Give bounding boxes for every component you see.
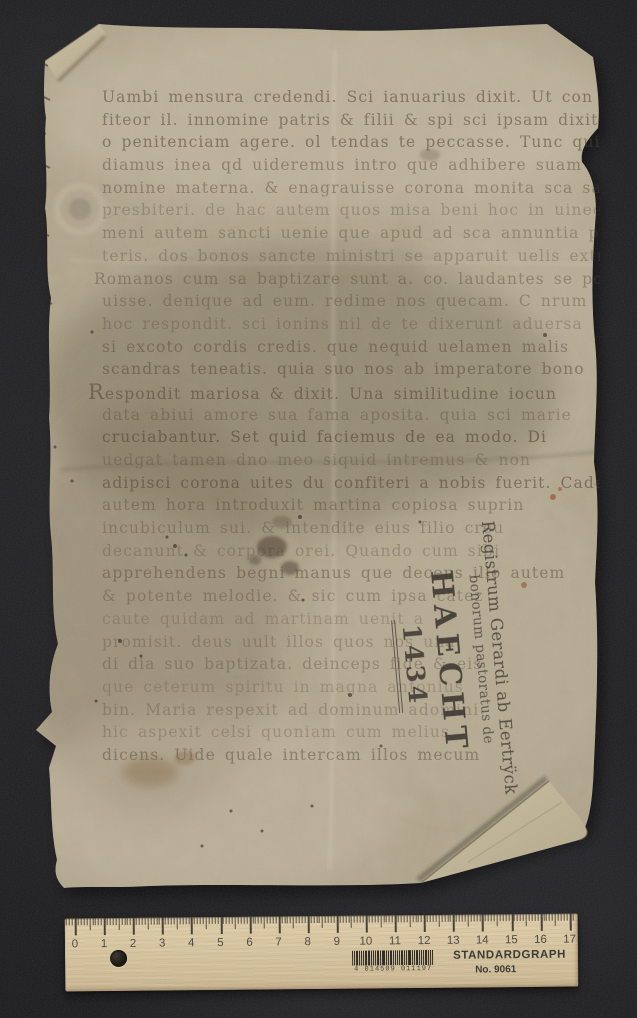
manuscript-line: uedgat tamen dno meo siquid intremus & n… bbox=[88, 449, 600, 472]
ruler-tick bbox=[130, 918, 131, 925]
barcode bbox=[352, 950, 434, 966]
ruler-tick bbox=[293, 916, 294, 928]
ruler-tick bbox=[174, 917, 175, 924]
ruler-tick bbox=[188, 917, 189, 924]
ruler-tick bbox=[479, 914, 480, 921]
ruler-tick bbox=[459, 915, 460, 922]
ruler-tick bbox=[287, 916, 288, 923]
stamp-year: 1434 bbox=[391, 617, 433, 713]
manuscript-line: Romanos cum sa baptizare sunt a. co. lau… bbox=[88, 268, 600, 291]
barcode-bar bbox=[363, 951, 364, 966]
ruler-tick bbox=[220, 917, 222, 934]
ruler-tick bbox=[252, 917, 253, 924]
ruler-number: 10 bbox=[359, 936, 372, 948]
barcode-bar bbox=[359, 951, 360, 966]
barcode-bar bbox=[393, 950, 394, 965]
manuscript-line: caute quidam ad martinam uenit a bbox=[88, 608, 600, 631]
ruler-tick bbox=[302, 916, 303, 923]
manuscript-line: decanunt & corpora orei. Quando cum sibi bbox=[88, 540, 600, 563]
barcode-bar bbox=[382, 950, 385, 965]
ruler-tick bbox=[383, 915, 384, 922]
barcode-bar bbox=[395, 950, 396, 965]
ruler-tick bbox=[566, 914, 567, 921]
barcode-bar bbox=[421, 950, 422, 965]
ruler-tick bbox=[171, 917, 172, 924]
ruler-tick bbox=[238, 917, 239, 924]
barcode-bar bbox=[354, 951, 355, 966]
ruler-tick bbox=[444, 915, 445, 922]
ruler-tick bbox=[264, 917, 265, 929]
ruler-number: 14 bbox=[476, 934, 489, 946]
ruler-number: 7 bbox=[275, 936, 282, 948]
ruler-tick bbox=[543, 914, 544, 921]
ruler-tick bbox=[433, 915, 434, 922]
ruler-tick bbox=[80, 918, 81, 925]
barcode-bar bbox=[386, 950, 387, 965]
ruler-tick bbox=[319, 916, 320, 923]
ruler-tick bbox=[89, 918, 90, 930]
ruler-tick bbox=[83, 918, 84, 925]
ruler-tick bbox=[500, 914, 501, 921]
ruler-tick bbox=[441, 915, 442, 922]
barcode-digits: 4 014509 011197 bbox=[347, 965, 439, 974]
barcode-bar bbox=[388, 950, 389, 965]
ruler-number: 16 bbox=[534, 934, 547, 946]
barcode-bar bbox=[401, 950, 403, 965]
ruler-tick bbox=[75, 918, 77, 935]
ruler-tick bbox=[223, 917, 224, 924]
ruler-tick bbox=[112, 918, 113, 925]
ruler-tick bbox=[453, 915, 455, 932]
ruler-tick bbox=[380, 915, 381, 927]
photo-stage: Uambi mensura credendi. Sci ianuarius di… bbox=[0, 0, 637, 1018]
ruler-tick bbox=[415, 915, 416, 922]
manuscript-line: que ceterum spiritu in magna antonius bbox=[88, 676, 600, 699]
ruler-tick bbox=[316, 916, 317, 923]
ruler-tick bbox=[546, 914, 547, 921]
ruler-tick bbox=[337, 916, 339, 933]
ruler-tick bbox=[177, 917, 178, 929]
ruler-tick bbox=[549, 914, 550, 921]
ruler-tick bbox=[104, 918, 106, 935]
barcode-bar bbox=[380, 950, 381, 965]
ruler-tick bbox=[142, 918, 143, 925]
manuscript-line: bin. Maria respexit ad dominum adomini bbox=[88, 699, 600, 722]
manuscript-text-block: Uambi mensura credendi. Sci ianuarius di… bbox=[88, 86, 600, 767]
ruler-tick bbox=[435, 915, 436, 922]
ruler-tick bbox=[572, 914, 573, 921]
ruler-tick bbox=[162, 918, 164, 935]
ruler-tick bbox=[438, 915, 439, 927]
barcode-bar bbox=[356, 951, 358, 966]
ruler-tick bbox=[339, 916, 340, 923]
ruler-number: 2 bbox=[130, 938, 137, 950]
manuscript-line: uisse. denique ad eum. redime nos quecam… bbox=[88, 290, 600, 313]
barcode-bar bbox=[406, 950, 407, 965]
ruler-tick bbox=[66, 918, 67, 925]
ruler-tick bbox=[331, 916, 332, 923]
ruler-tick bbox=[569, 914, 571, 931]
barcode-bar bbox=[368, 951, 370, 966]
ruler-tick bbox=[211, 917, 212, 924]
ruler-hole bbox=[110, 950, 127, 967]
ruler-tick bbox=[456, 915, 457, 922]
ruler-number: 17 bbox=[563, 934, 576, 946]
ruler-number: 3 bbox=[159, 937, 166, 949]
ruler-tick bbox=[517, 914, 518, 921]
ruler-tick bbox=[281, 916, 282, 923]
ruler-tick bbox=[421, 915, 422, 922]
ruler-tick bbox=[144, 918, 145, 925]
ruler-number: 9 bbox=[334, 936, 341, 948]
barcode-bar bbox=[425, 950, 427, 965]
ruler-tick bbox=[307, 916, 309, 933]
barcode-bar bbox=[414, 950, 415, 965]
ruler-tick bbox=[165, 917, 166, 924]
ruler-tick bbox=[360, 916, 361, 923]
ruler-tick bbox=[398, 915, 399, 922]
ruler: 01234567891011121314151617 4 014509 0111… bbox=[65, 914, 579, 992]
barcode-bar bbox=[416, 950, 418, 965]
ruler-tick bbox=[357, 916, 358, 923]
ruler-tick bbox=[540, 914, 542, 931]
barcode-bar bbox=[432, 950, 433, 965]
ruler-tick bbox=[511, 914, 513, 931]
ruler-tick bbox=[206, 917, 207, 929]
ruler-tick bbox=[363, 916, 364, 923]
ruler-tick bbox=[488, 914, 489, 921]
ruler-tick bbox=[290, 916, 291, 923]
ruler-tick bbox=[226, 917, 227, 924]
manuscript-line: & potente melodie. & sic cum ipsa catez bbox=[88, 585, 600, 608]
ruler-tick bbox=[179, 917, 180, 924]
ruler-tick bbox=[110, 918, 111, 925]
ruler-tick bbox=[133, 918, 135, 935]
ruler-tick bbox=[403, 915, 404, 922]
ruler-number: 8 bbox=[304, 936, 311, 948]
ruler-tick bbox=[392, 915, 393, 922]
ruler-tick bbox=[214, 917, 215, 924]
manuscript-line: hoc respondit. sci ionins nil de te dixe… bbox=[88, 313, 600, 336]
ruler-tick bbox=[450, 915, 451, 922]
barcode-bar bbox=[371, 951, 372, 966]
ruler-tick bbox=[558, 914, 559, 921]
ruler-tick bbox=[124, 918, 125, 925]
barcode-bar bbox=[361, 951, 362, 966]
ruler-tick bbox=[348, 916, 349, 923]
barcode-bar bbox=[375, 950, 376, 965]
ruler-tick bbox=[322, 916, 323, 928]
ruler-tick bbox=[270, 916, 271, 923]
ruler-tick bbox=[147, 918, 148, 930]
ruler-tick bbox=[462, 915, 463, 922]
ruler-tick bbox=[427, 915, 428, 922]
ruler-tick bbox=[156, 918, 157, 925]
ruler-tick bbox=[86, 918, 87, 925]
ruler-tick bbox=[229, 917, 230, 924]
ruler-tick bbox=[241, 917, 242, 924]
ruler-tick bbox=[476, 915, 477, 922]
ruler-model-label: No. 9061 bbox=[475, 964, 516, 975]
ruler-tick bbox=[514, 914, 515, 921]
ruler-tick bbox=[351, 916, 352, 928]
manuscript-line: meni autem sancti uenie que apud ad sca … bbox=[88, 222, 600, 245]
manuscript-line: Respondit mariosa & dixit. Una similitud… bbox=[88, 381, 600, 404]
ruler-tick bbox=[395, 915, 397, 932]
ruler-tick bbox=[371, 916, 372, 923]
ruler-tick bbox=[235, 917, 236, 929]
ruler-number: 6 bbox=[246, 937, 253, 949]
ruler-tick bbox=[136, 918, 137, 925]
ruler-tick bbox=[310, 916, 311, 923]
ruler-tick bbox=[485, 914, 486, 921]
ruler-tick bbox=[561, 914, 562, 921]
manuscript-line: scandras teneatis. quia suo nos ab imper… bbox=[88, 358, 600, 381]
ruler-number: 5 bbox=[217, 937, 224, 949]
ruler-tick bbox=[526, 914, 527, 926]
ruler-tick bbox=[203, 917, 204, 924]
ruler-tick bbox=[502, 914, 503, 921]
ruler-tick bbox=[334, 916, 335, 923]
barcode-bar bbox=[377, 950, 379, 965]
ruler-tick bbox=[342, 916, 343, 923]
manuscript-line: o penitenciam agere. ol tendas te peccas… bbox=[88, 131, 600, 154]
ruler-tick bbox=[401, 915, 402, 922]
ruler-tick bbox=[182, 917, 183, 924]
ruler-tick bbox=[258, 917, 259, 924]
barcode-bar bbox=[352, 951, 353, 966]
manuscript-line: adipisci corona uites du confiteri a nob… bbox=[88, 472, 600, 495]
ruler-tick bbox=[197, 917, 198, 924]
barcode-bar bbox=[365, 951, 367, 966]
manuscript-line: si excoto cordis credis. que nequid uela… bbox=[88, 336, 600, 359]
barcode-bar bbox=[399, 950, 400, 965]
ruler-tick bbox=[532, 914, 533, 921]
ruler-tick bbox=[386, 915, 387, 922]
ruler-tick bbox=[98, 918, 99, 925]
manuscript-line: Uambi mensura credendi. Sci ianuarius di… bbox=[88, 86, 600, 109]
ruler-number: 0 bbox=[72, 938, 79, 950]
ruler-tick bbox=[232, 917, 233, 924]
ruler-tick bbox=[520, 914, 521, 921]
ruler-brand-label: STANDARDGRAPH bbox=[453, 948, 603, 961]
ruler-number: 12 bbox=[418, 935, 431, 947]
ruler-tick bbox=[313, 916, 314, 923]
ruler-tick bbox=[328, 916, 329, 923]
ruler-tick bbox=[127, 918, 128, 925]
ruler-tick bbox=[95, 918, 96, 925]
ruler-tick bbox=[284, 916, 285, 923]
ruler-tick bbox=[491, 914, 492, 921]
ruler-tick bbox=[369, 916, 370, 923]
ruler-tick bbox=[92, 918, 93, 925]
ruler-tick bbox=[552, 914, 553, 921]
ruler-number: 1 bbox=[101, 938, 108, 950]
ruler-tick bbox=[447, 915, 448, 922]
ruler-tick bbox=[107, 918, 108, 925]
barcode-bar bbox=[373, 950, 374, 965]
manuscript-line: fiteor il. innomine patris & filii & spi… bbox=[88, 109, 600, 132]
manuscript-line: nomine materna. & enagrauisse corona mon… bbox=[88, 177, 600, 200]
ruler-tick bbox=[168, 917, 169, 924]
barcode-bar bbox=[412, 950, 413, 965]
barcode-bar bbox=[430, 950, 431, 965]
ruler-tick bbox=[430, 915, 431, 922]
ruler-tick bbox=[366, 916, 368, 933]
ruler-tick bbox=[255, 917, 256, 924]
ruler-tick bbox=[497, 914, 498, 926]
ruler-tick bbox=[200, 917, 201, 924]
ruler-tick bbox=[325, 916, 326, 923]
ruler-tick bbox=[345, 916, 346, 923]
ruler-tick bbox=[482, 914, 484, 931]
ruler-tick bbox=[494, 914, 495, 921]
barcode-bar bbox=[408, 950, 411, 965]
ruler-tick bbox=[529, 914, 530, 921]
ruler-tick bbox=[275, 916, 276, 923]
ruler-tick bbox=[424, 915, 426, 932]
ruler-tick bbox=[354, 916, 355, 923]
manuscript-line: diamus inea qd uideremus intro que adhib… bbox=[88, 154, 600, 177]
barcode-bar bbox=[404, 950, 405, 965]
ruler-tick bbox=[267, 917, 268, 924]
manuscript-line: di dia suo baptizata. deinceps fide & ei… bbox=[88, 653, 600, 676]
barcode-bar bbox=[423, 950, 424, 965]
ruler-tick bbox=[69, 918, 70, 925]
manuscript-line: apprehendens begni manus que decens illo… bbox=[88, 562, 600, 585]
ruler-tick bbox=[389, 915, 390, 922]
ruler-tick bbox=[305, 916, 306, 923]
manuscript-line: presbiteri. de hac autem quos misa beni … bbox=[88, 199, 600, 222]
manuscript-line: autem hora introduxit martina copiosa su… bbox=[88, 494, 600, 517]
barcode-bar bbox=[397, 950, 398, 965]
ruler-tick bbox=[139, 918, 140, 925]
ruler-tick bbox=[194, 917, 195, 924]
ruler-tick bbox=[150, 918, 151, 925]
ruler-tick bbox=[121, 918, 122, 925]
ruler-tick bbox=[412, 915, 413, 922]
ruler-tick bbox=[418, 915, 419, 922]
ruler-tick bbox=[118, 918, 119, 930]
manuscript-line: hic aspexit celsi quoniam cum melius bbox=[88, 721, 600, 744]
ruler-tick bbox=[296, 916, 297, 923]
ruler-tick bbox=[153, 918, 154, 925]
barcode-bar bbox=[390, 950, 392, 965]
barcode-bar bbox=[419, 950, 420, 965]
ruler-tick bbox=[217, 917, 218, 924]
ruler-tick bbox=[261, 917, 262, 924]
ruler-tick bbox=[249, 917, 251, 934]
ruler-number: 15 bbox=[505, 934, 518, 946]
ruler-tick bbox=[273, 916, 274, 923]
ruler-tick bbox=[468, 915, 469, 927]
ruler-tick bbox=[374, 915, 375, 922]
ruler-tick bbox=[508, 914, 509, 921]
ruler-tick bbox=[409, 915, 410, 927]
manuscript-line: cruciabantur. Set quid faciemus de ea mo… bbox=[88, 426, 600, 449]
ruler-tick bbox=[564, 914, 565, 921]
ruler-tick bbox=[78, 918, 79, 925]
ruler-tick bbox=[505, 914, 506, 921]
manuscript-line: teris. dos bonos sancte ministri se appa… bbox=[88, 245, 600, 268]
ruler-number: 4 bbox=[188, 937, 195, 949]
ruler-tick bbox=[191, 917, 193, 934]
ruler-number: 13 bbox=[447, 935, 460, 947]
ruler-tick bbox=[115, 918, 116, 925]
ruler-tick bbox=[523, 914, 524, 921]
ruler-tick bbox=[209, 917, 210, 924]
ruler-tick bbox=[534, 914, 535, 921]
ruler-tick bbox=[185, 917, 186, 924]
manuscript-line: data abiui amore sua fama aposita. quia … bbox=[88, 404, 600, 427]
ruler-tick bbox=[299, 916, 300, 923]
ruler-tick bbox=[473, 915, 474, 922]
ruler-tick bbox=[159, 918, 160, 925]
ruler-tick bbox=[72, 918, 73, 925]
ruler-tick bbox=[465, 915, 466, 922]
ruler-tick bbox=[470, 915, 471, 922]
ruler-tick bbox=[243, 917, 244, 924]
ruler-tick bbox=[406, 915, 407, 922]
manuscript-line: dicens. Uide quale intercam illos mecum bbox=[88, 744, 600, 767]
ruler-tick bbox=[101, 918, 102, 925]
ruler-tick bbox=[278, 916, 280, 933]
ruler-tick bbox=[537, 914, 538, 921]
manuscript-line: promisit. deus uult illos quos nos una bbox=[88, 631, 600, 654]
ruler-tick bbox=[377, 915, 378, 922]
manuscript-line: incubiculum sui. & intendite eius filio … bbox=[88, 517, 600, 540]
ruler-number: 11 bbox=[389, 935, 401, 947]
ruler-tick bbox=[555, 914, 556, 926]
ruler-tick bbox=[246, 917, 247, 924]
barcode-bar bbox=[428, 950, 429, 965]
